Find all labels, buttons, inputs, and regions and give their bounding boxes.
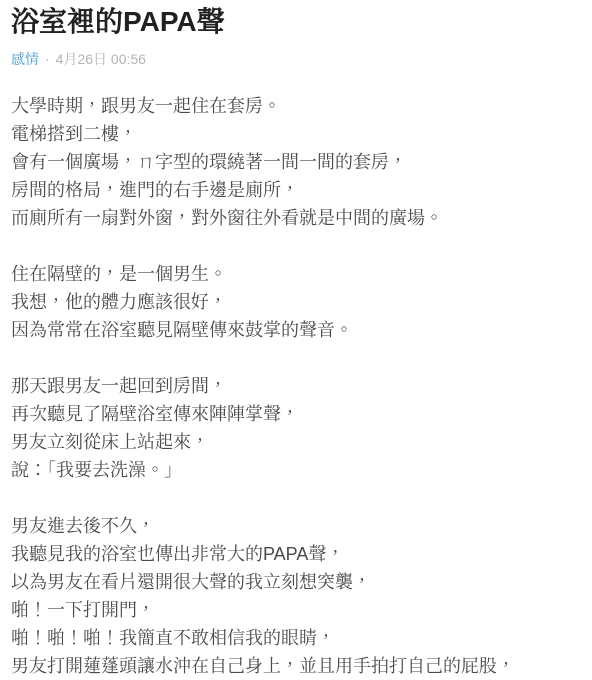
post-title: 浴室裡的PAPA聲 xyxy=(11,4,576,40)
post-page: 浴室裡的PAPA聲 感情·4月26日 00:56 大學時期，跟男友一起住在套房。… xyxy=(0,4,592,680)
forum-link[interactable]: 感情 xyxy=(11,51,39,67)
post-timestamp: 4月26日 00:56 xyxy=(56,51,146,67)
post-meta: 感情·4月26日 00:56 xyxy=(11,50,576,69)
meta-separator: · xyxy=(45,51,50,67)
post-body: 大學時期，跟男友一起住在套房。 電梯搭到二樓， 會有一個廣場，ㄇ字型的環繞著一間… xyxy=(11,92,576,680)
